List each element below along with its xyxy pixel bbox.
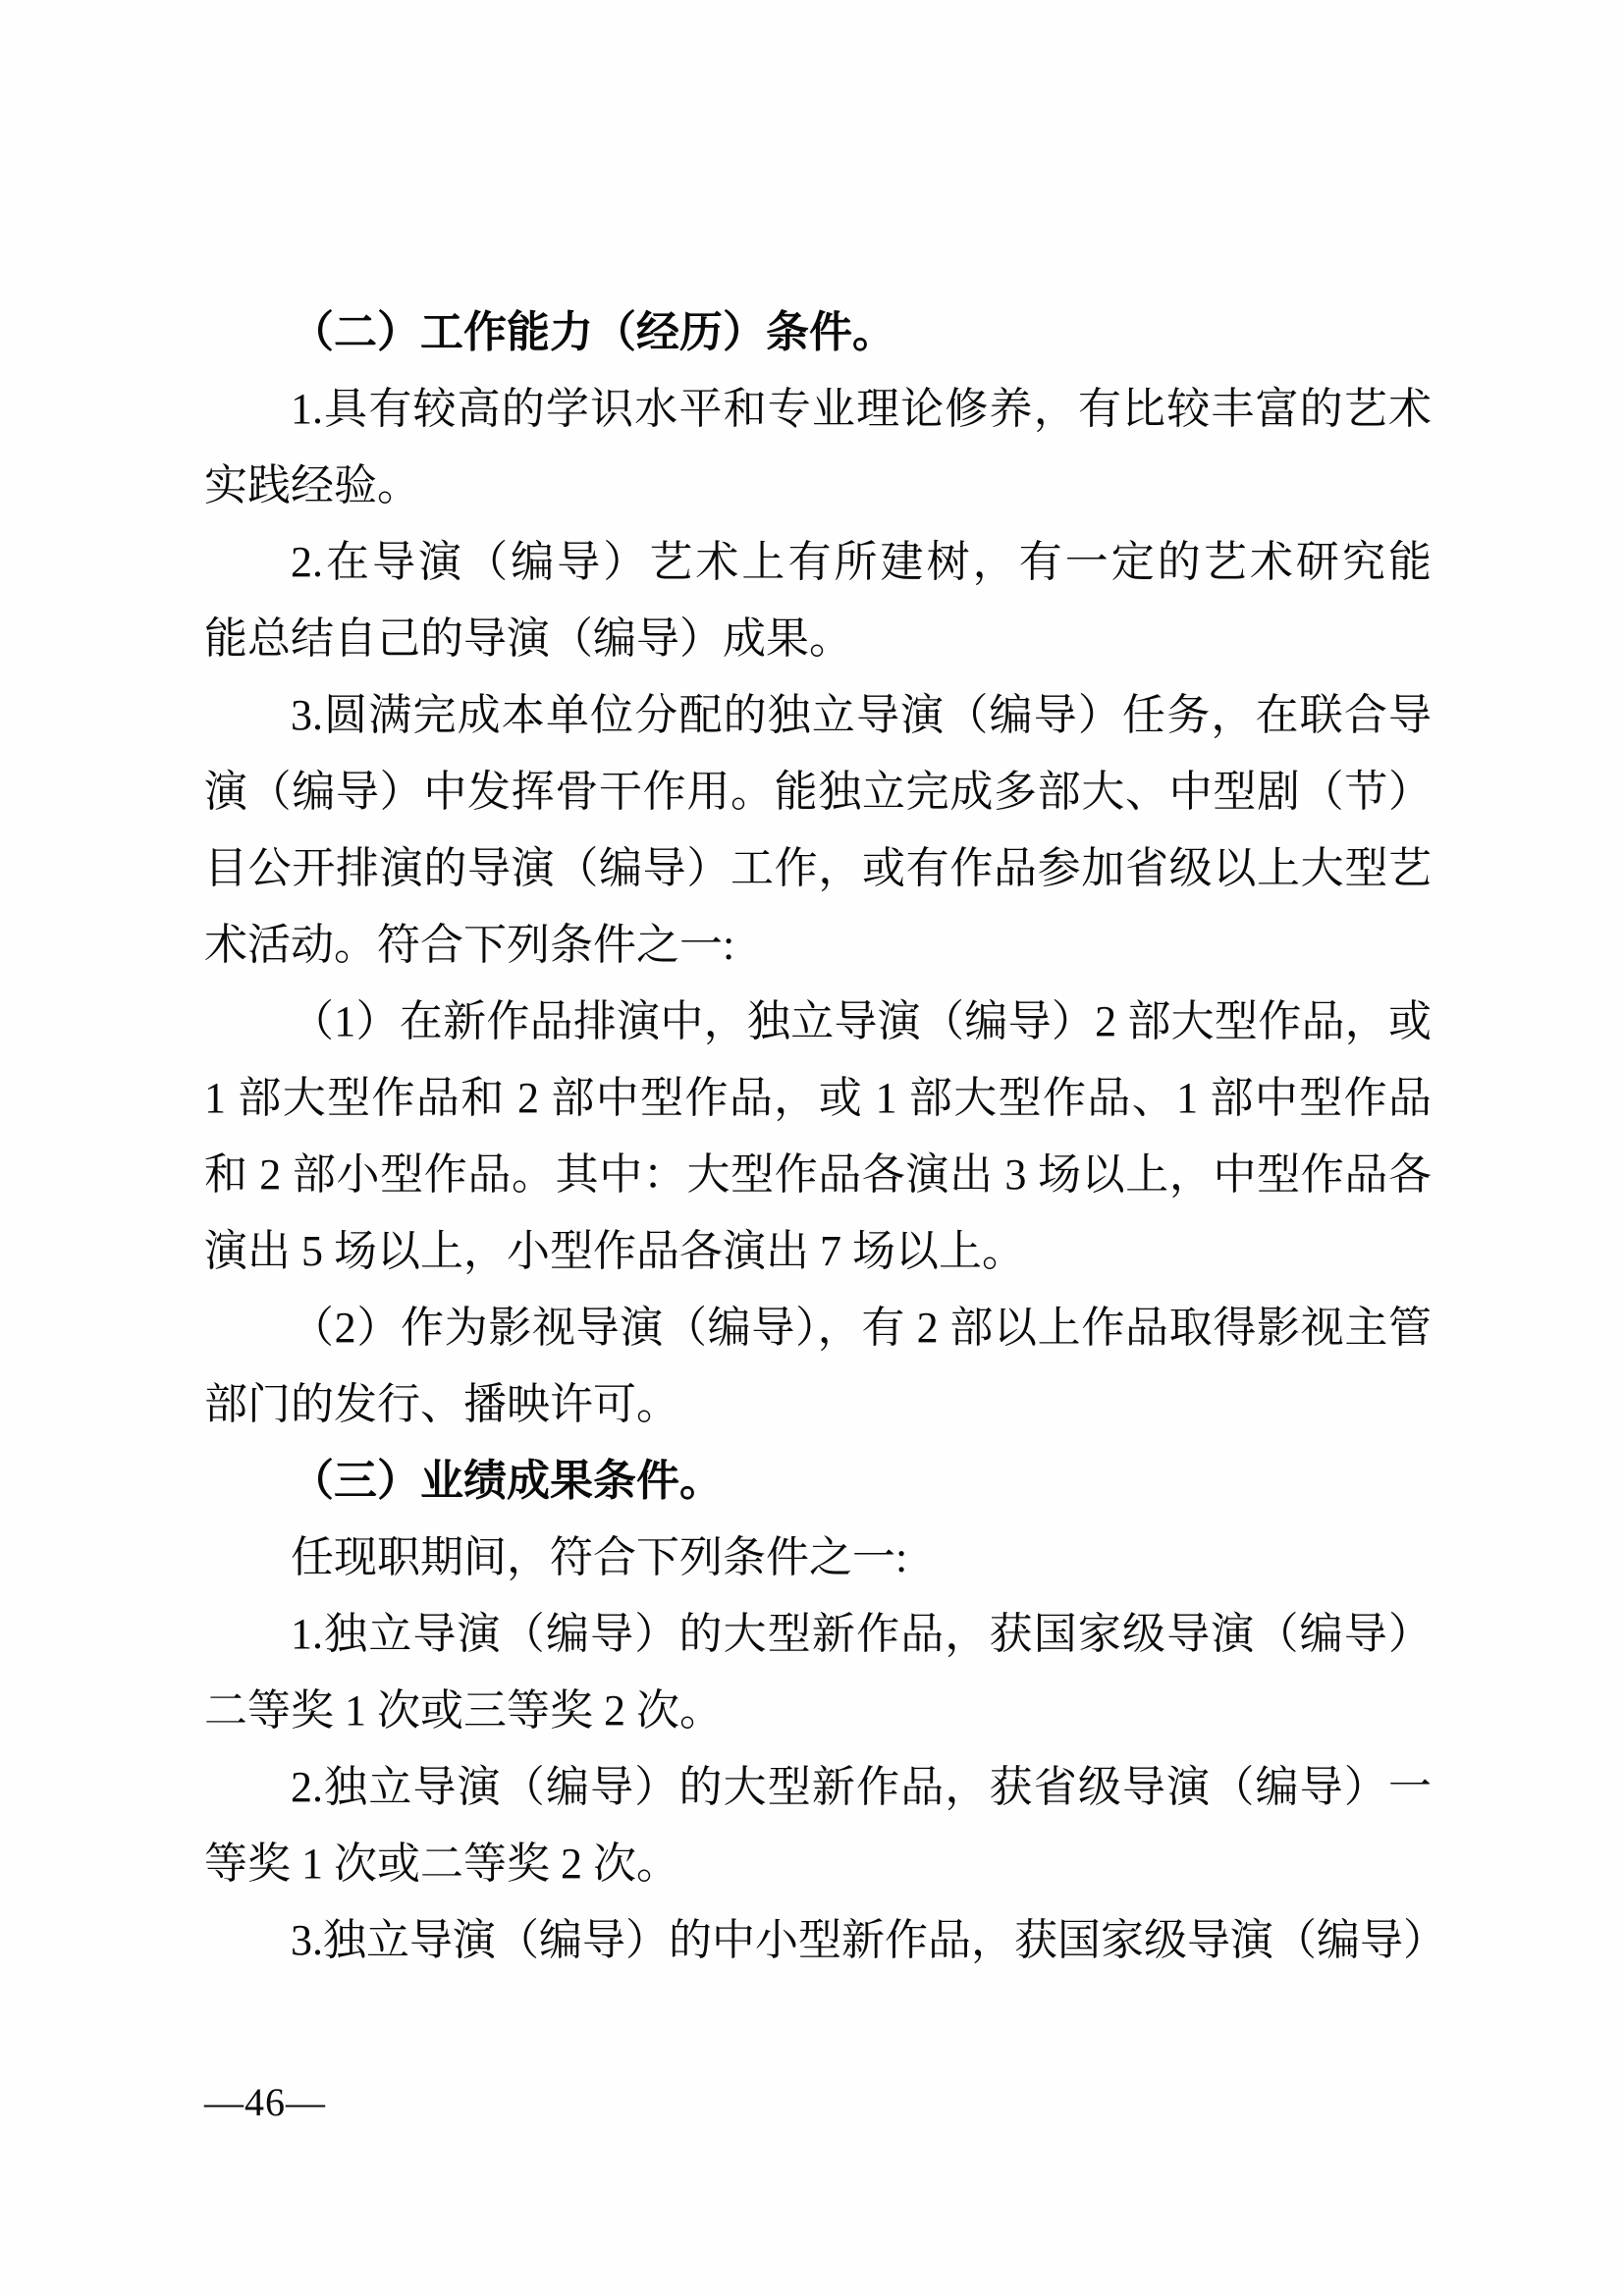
doc-line: 能总结自己的导演（编导）成果。 xyxy=(204,601,1432,677)
doc-line: 目公开排演的导演（编导）工作，或有作品参加省级以上大型艺 xyxy=(204,830,1432,907)
doc-line: 和 2 部小型作品。其中：大型作品各演出 3 场以上，中型作品各 xyxy=(204,1137,1432,1213)
doc-line: 3.圆满完成本单位分配的独立导演（编导）任务，在联合导 xyxy=(204,677,1432,754)
doc-line: 演（编导）中发挥骨干作用。能独立完成多部大、中型剧（节） xyxy=(204,754,1432,830)
page-number: —46— xyxy=(204,2081,326,2124)
doc-line: 实践经验。 xyxy=(204,448,1432,524)
doc-line: 3.独立导演（编导）的中小型新作品，获国家级导演（编导） xyxy=(204,1902,1432,1979)
doc-line: 演出 5 场以上，小型作品各演出 7 场以上。 xyxy=(204,1213,1432,1290)
doc-line: （1）在新作品排演中，独立导演（编导）2 部大型作品，或 xyxy=(204,984,1432,1060)
doc-line: 部门的发行、播映许可。 xyxy=(204,1366,1432,1443)
doc-line: 2.在导演（编导）艺术上有所建树，有一定的艺术研究能力， xyxy=(204,524,1432,601)
doc-line: 术活动。符合下列条件之一: xyxy=(204,907,1432,984)
doc-line: 1.具有较高的学识水平和专业理论修养，有比较丰富的艺术 xyxy=(204,371,1432,448)
document-page: （二）工作能力（经历）条件。 1.具有较高的学识水平和专业理论修养，有比较丰富的… xyxy=(0,0,1623,2296)
section-heading-3: （三）业绩成果条件。 xyxy=(204,1443,1432,1520)
doc-line: 1.独立导演（编导）的大型新作品，获国家级导演（编导） xyxy=(204,1596,1432,1673)
doc-line: 任现职期间，符合下列条件之一: xyxy=(204,1520,1432,1596)
doc-line: 2.独立导演（编导）的大型新作品，获省级导演（编导）一 xyxy=(204,1749,1432,1826)
doc-line: 二等奖 1 次或三等奖 2 次。 xyxy=(204,1673,1432,1749)
doc-line: 等奖 1 次或二等奖 2 次。 xyxy=(204,1826,1432,1902)
section-heading-2: （二）工作能力（经历）条件。 xyxy=(204,294,1432,371)
doc-line: （2）作为影视导演（编导），有 2 部以上作品取得影视主管 xyxy=(204,1290,1432,1366)
document-body: （二）工作能力（经历）条件。 1.具有较高的学识水平和专业理论修养，有比较丰富的… xyxy=(204,294,1432,1979)
doc-line: 1 部大型作品和 2 部中型作品，或 1 部大型作品、1 部中型作品 xyxy=(204,1060,1432,1137)
